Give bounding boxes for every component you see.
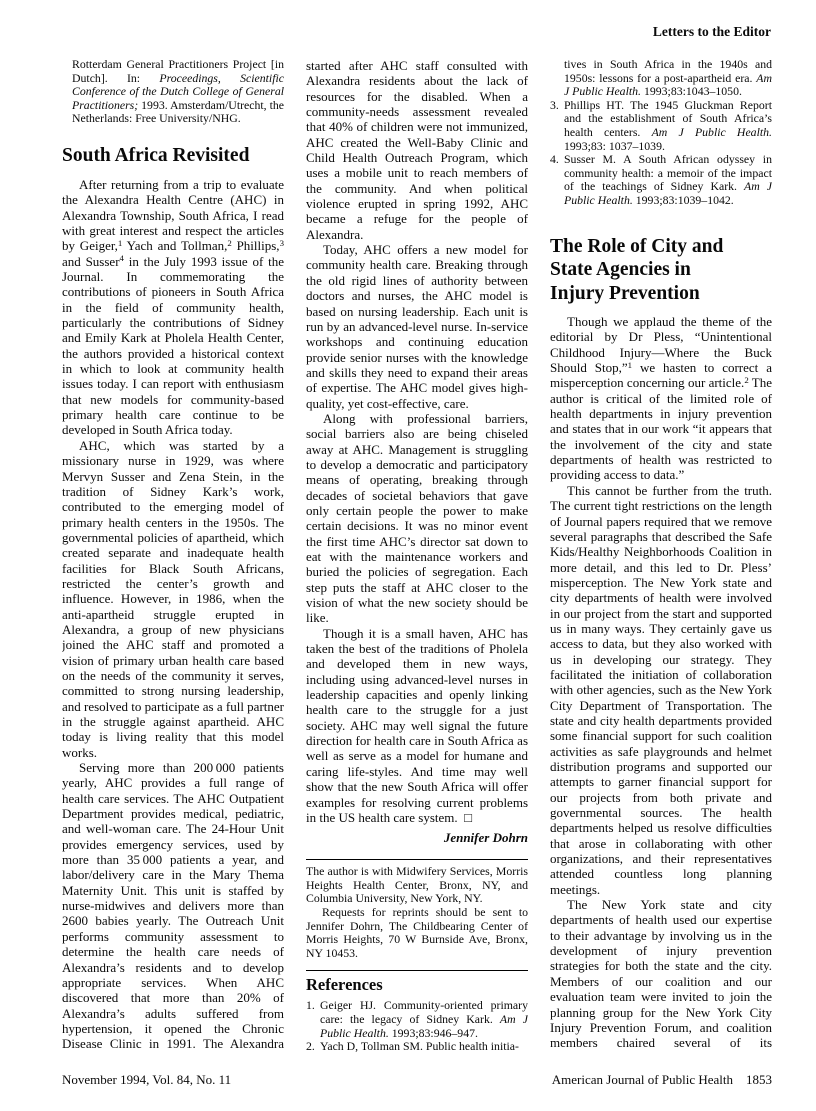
- letter-title-south-africa-revisited: South Africa Revisited: [62, 144, 284, 167]
- author-affiliation: The author is with Midwifery Services, M…: [306, 865, 528, 906]
- reference-text: tives in South Africa in the 1940s and 1…: [564, 58, 772, 98]
- paragraph: This cannot be further from the truth. T…: [550, 483, 772, 897]
- reference-text: Susser M. A South African odyssey in com…: [564, 152, 772, 207]
- reference-number: 3.: [550, 99, 559, 113]
- reference-item: 1. Geiger HJ. Community-oriented primary…: [306, 999, 528, 1040]
- paragraph: Today, AHC offers a new model for commun…: [306, 242, 528, 411]
- footnote-divider: [306, 859, 528, 860]
- reference-item: 3. Phillips HT. The 1945 Gluckman Report…: [550, 99, 772, 153]
- paragraph: Along with professional barriers, social…: [306, 411, 528, 626]
- paragraph: After returning from a trip to evaluate …: [62, 177, 284, 438]
- reference-continuation: Rotterdam General Practitioners Project …: [62, 58, 284, 126]
- reprint-request-note: Requests for reprints should be sent to …: [306, 906, 528, 960]
- paragraph: Though it is a small haven, AHC has take…: [306, 626, 528, 825]
- references-divider: [306, 970, 528, 971]
- paragraph: AHC, which was started by a missionary n…: [62, 438, 284, 760]
- reference-item: 2. Yach D, Tollman SM. Public health ini…: [306, 1040, 528, 1054]
- paragraph: The New York state and city departments …: [550, 897, 772, 1054]
- reference-text: Yach D, Tollman SM. Public health initia…: [320, 1039, 519, 1053]
- journal-page: Letters to the Editor Rotterdam General …: [0, 0, 816, 1111]
- page-number: 1853: [746, 1072, 772, 1087]
- column-2: started after AHC staff consulted with A…: [306, 58, 528, 1054]
- paragraph-continuation: started after AHC staff consulted with A…: [306, 58, 528, 242]
- reference-item: 4. Susser M. A South African odyssey in …: [550, 153, 772, 207]
- footer-journal-name: American Journal of Public Health1853: [552, 1072, 772, 1088]
- letter-title-line: The Role of City and: [550, 235, 772, 259]
- reference-text: Geiger HJ. Community-oriented primary ca…: [320, 998, 528, 1039]
- paragraph: Though we applaud the theme of the edito…: [550, 314, 772, 483]
- references-title: References: [306, 975, 528, 995]
- running-head: Letters to the Editor: [653, 24, 771, 40]
- letter-title-line: State Agencies in: [550, 258, 772, 282]
- reference-text: Phillips HT. The 1945 Gluckman Report an…: [564, 98, 772, 153]
- reference-number: 2.: [306, 1040, 315, 1054]
- column-1: Rotterdam General Practitioners Project …: [62, 58, 284, 1054]
- letter-title-line: Injury Prevention: [550, 282, 772, 306]
- letter-title-injury-prevention: The Role of City and State Agencies in I…: [550, 235, 772, 306]
- footer-issue-info: November 1994, Vol. 84, No. 11: [62, 1072, 231, 1088]
- column-3: tives in South Africa in the 1940s and 1…: [550, 58, 772, 1054]
- reference-number: 4.: [550, 153, 559, 167]
- reference-item-continuation: tives in South Africa in the 1940s and 1…: [550, 58, 772, 99]
- reference-number: 1.: [306, 999, 315, 1013]
- page-footer: November 1994, Vol. 84, No. 11 American …: [62, 1072, 772, 1088]
- paragraph: Serving more than 200 000 patients yearl…: [62, 760, 284, 1054]
- text-columns: Rotterdam General Practitioners Project …: [62, 58, 772, 1054]
- journal-name: American Journal of Public Health: [552, 1072, 733, 1087]
- author-signature: Jennifer Dohrn: [306, 830, 528, 846]
